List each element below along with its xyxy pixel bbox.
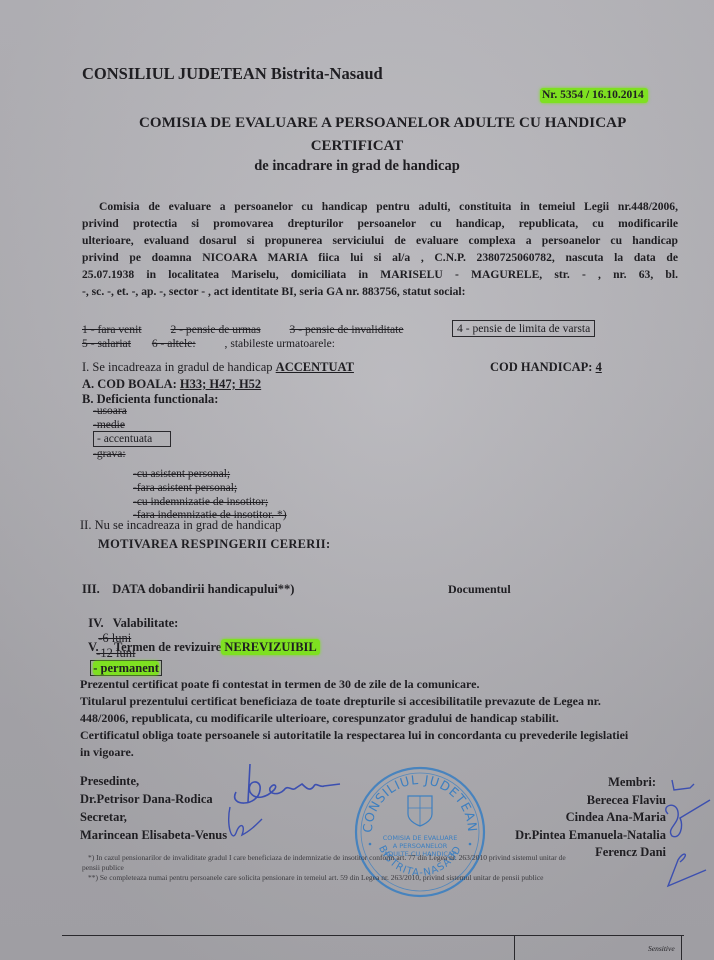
commission-title: COMISIA DE EVALUARE A PERSOANELOR ADULTE… [139, 115, 626, 132]
certificate-title: CERTIFICAT [0, 138, 714, 155]
svg-text:A PERSOANELOR: A PERSOANELOR [393, 842, 448, 850]
council-header: CONSILIUL JUDETEAN Bistrita-Nasaud [82, 64, 383, 84]
cod-handicap: COD HANDICAP: 4 [490, 360, 602, 375]
social-status-row-2: 5 - salariat 6 - altele: , stabileste ur… [82, 337, 335, 350]
deficienta-option-grava: -grava: [93, 448, 126, 460]
legal-notice-line: in vigoare. [80, 744, 628, 761]
members-label: Membri: [490, 774, 666, 792]
status-option-struck: 3 - pensie de invaliditate [290, 323, 404, 336]
members-signatures-icon [650, 770, 714, 890]
legal-notice-line: Titularul prezentului certificat benefic… [80, 693, 628, 710]
legal-notice: Prezentul certificat poate fi contestat … [80, 676, 628, 761]
intro-paragraph: Comisia de evaluare a persoanelor cu han… [82, 198, 678, 300]
valabilitate-permanent: - permanent [93, 661, 159, 675]
legal-notice-line: 448/2006, republicata, cu modificarile u… [80, 710, 628, 727]
member-name: Cindea Ana-Maria [490, 809, 666, 827]
handicap-grade: ACCENTUAT [276, 360, 354, 374]
cod-boala-label: A. COD BOALA: [82, 377, 177, 391]
section-5-revizuire: V. Termen de revizuireNEREVIZUIBIL [82, 625, 320, 655]
cod-boala: A. COD BOALA: H33; H47; H52 [82, 377, 261, 392]
deficienta-option-medie: -medie [93, 419, 125, 431]
revizuire-label: V. Termen de revizuire [88, 640, 221, 654]
secretary-label: Secretar, [80, 808, 227, 826]
secretary-name: Marincean Elisabeta-Venus [80, 826, 227, 844]
member-name: Dr.Pintea Emanuela-Natalia [490, 827, 666, 845]
council-name: CONSILIUL JUDETEAN [82, 64, 267, 83]
revizuire-value: NEREVIZUIBIL [221, 639, 319, 655]
president-label: Presedinte, [80, 772, 227, 790]
grava-sub-option: -cu asistent personal; [133, 468, 230, 480]
president-name: Dr.Petrisor Dana-Rodica [80, 790, 227, 808]
section-1-grade: I. Se incadreaza in gradul de handicap A… [82, 360, 354, 375]
bottom-box-divider [514, 935, 515, 960]
section-2-label: II. Nu se incadreaza in grad de handicap [80, 518, 281, 533]
intro-line: 25.07.1938 in localitatea Mariselu, domi… [82, 266, 678, 283]
intro-line: -, sc. -, et. -, ap. -, sector - , act i… [82, 283, 678, 300]
certificate-subtitle: de incadrare in grad de handicap [0, 158, 714, 175]
deficienta-option-usoara: -usoara [93, 405, 127, 417]
sensitive-label: Sensitive [648, 944, 675, 953]
section-1-prefix: I. Se incadreaza in gradul de handicap [82, 360, 273, 374]
status-suffix: , stabileste urmatoarele: [225, 337, 335, 350]
intro-line: ulterioare, evaluand dosarul si propuner… [82, 232, 678, 249]
social-status-selected: 4 - pensie de limita de varsta [452, 320, 595, 337]
bottom-box-right-border [681, 935, 682, 960]
footnote-1-cont: pensii publice [82, 863, 124, 872]
grava-sub-option: -fara asistent personal; [133, 482, 237, 494]
cod-handicap-value: 4 [596, 360, 602, 374]
legal-notice-line: Certificatul obliga toate persoanele si … [80, 727, 628, 744]
svg-text:COMISIA DE EVALUARE: COMISIA DE EVALUARE [383, 834, 458, 842]
section-3-data-dobandirii: III. DATA dobandirii handicapului**) [82, 582, 294, 597]
valabilitate-selected: - permanent [90, 660, 162, 676]
status-option-struck: 5 - salariat [82, 337, 131, 350]
signers-left: Presedinte, Dr.Petrisor Dana-Rodica Secr… [80, 772, 227, 844]
footnote-2: **) Se completeaza numai pentru persoane… [88, 873, 544, 882]
intro-line: privind pe doamna NICOARA MARIA fiica lu… [82, 249, 678, 266]
cod-boala-value: H33; H47; H52 [180, 377, 261, 391]
status-option-struck: 1 - fara venit [82, 323, 142, 336]
deficienta-option-accentuata: - accentuata [93, 431, 171, 447]
cod-handicap-label: COD HANDICAP: [490, 360, 592, 374]
status-option-struck: 6 - altele: [152, 337, 196, 350]
registration-number: Nr. 5354 / 16.10.2014 [540, 88, 648, 103]
signers-members: Membri: Berecea Flaviu Cindea Ana-Maria … [490, 774, 666, 862]
intro-line: Comisia de evaluare a persoanelor cu han… [82, 198, 678, 215]
footnote-1: *) In cazul pensionarilor de invaliditat… [88, 853, 566, 862]
county-name: Bistrita-Nasaud [271, 64, 383, 83]
motivare-respingerii: MOTIVAREA RESPINGERII CERERII: [98, 537, 330, 552]
intro-line: privind protectia si promovarea drepturi… [82, 215, 678, 232]
member-name: Berecea Flaviu [490, 792, 666, 810]
social-status-row-1: 1 - fara venit 2 - pensie de urmas 3 - p… [82, 323, 430, 336]
documentul-label: Documentul [448, 582, 511, 597]
bottom-box-top-border [62, 935, 684, 936]
status-option-struck: 2 - pensie de urmas [170, 323, 260, 336]
grava-sub-option: -cu indemnizatie de insotitor; [133, 496, 268, 508]
legal-notice-line: Prezentul certificat poate fi contestat … [80, 676, 628, 693]
secretary-signature-icon [222, 805, 272, 845]
